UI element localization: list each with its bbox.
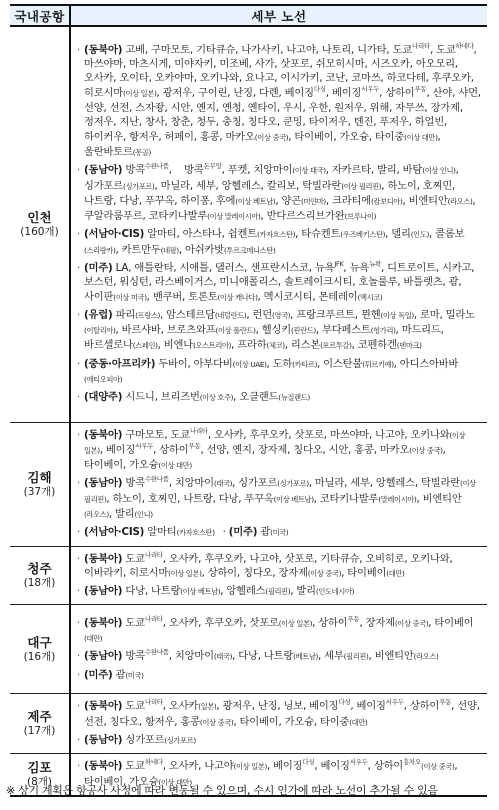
bullet-icon: · xyxy=(77,428,84,442)
region-route-list: ·(동남아) 방콕수완나품, 방콕돈무앙, 푸켓, 치앙마이(이상 태국), 자… xyxy=(77,163,483,224)
region-name: (동북아) xyxy=(84,553,122,565)
table-row-gimhae: 김해 (37개) ·(동북아) 구마모토, 도쿄나리타, 오사카, 후쿠오카, … xyxy=(10,422,487,546)
region-cities: 싱가포르(싱가포르) xyxy=(122,734,196,746)
airport-name: 대구 xyxy=(10,635,69,650)
table-body: 인천 (160개) ·(동북아) 고베, 구마모토, 기타큐슈, 나가사키, 나… xyxy=(10,26,487,796)
airport-name: 김해 xyxy=(10,470,69,485)
region-cities: 시드니, 브리즈번(이상 호주), 오클랜드(뉴질랜드) xyxy=(122,391,310,403)
region-cities: 고베, 구마모토, 기타큐슈, 나가사키, 나고야, 나토리, 니가타, 도쿄나… xyxy=(84,44,481,158)
region-name: (동남아) xyxy=(84,164,122,176)
region-route-list: ·(미주) LA, 애틀란타, 시애틀, 댈러스, 샌프란시스코, 뉴욕JFK,… xyxy=(77,261,483,305)
region-route-list: ·(미주) 괌(미국) xyxy=(77,668,483,683)
bullet-icon: · xyxy=(77,649,84,663)
region-name: (대양주) xyxy=(84,391,122,403)
region-route-list: ·(동북아) 고베, 구마모토, 기타큐슈, 나가사키, 나고야, 나토리, 니… xyxy=(77,43,483,160)
airport-name: 청주 xyxy=(10,561,69,576)
region-name: (동남아) xyxy=(84,477,122,489)
header-route-details: 세부 노선 xyxy=(70,5,487,26)
bullet-icon: · xyxy=(77,227,84,241)
region-cities: 구마모토, 도쿄나리타, 오사카, 후쿠오카, 삿포로, 마쓰야마, 나고야, … xyxy=(84,429,465,472)
table-row-daegu: 대구 (16개) ·(동북아) 도쿄나리타, 오사카, 후쿠오카, 삿포로(이상… xyxy=(10,605,487,694)
region-cities: 방콕수완나품, 치앙마이(태국), 다낭, 나트랑(베트남), 세부(필리핀),… xyxy=(122,650,438,662)
region-cities: 괌(미국) xyxy=(113,669,144,681)
region-cities: 방콕수완나품, 방콕돈무앙, 푸켓, 치앙마이(이상 태국), 자카르타, 발리… xyxy=(84,164,476,222)
bullet-icon: · xyxy=(77,699,84,713)
region-route-list: ·(서남아·CIS) 알마티(카자흐스탄)· (미주) 괌(미국) xyxy=(77,525,483,540)
footnote: ※ 상기 계획은 항공사 사정에 따라 변동될 수 있으며, 수시 인가에 따라… xyxy=(6,782,438,798)
region-name: (동북아) xyxy=(84,700,122,712)
route-count: (37개) xyxy=(10,485,69,499)
table-row-incheon: 인천 (160개) ·(동북아) 고베, 구마모토, 기타큐슈, 나가사키, 나… xyxy=(10,26,487,422)
airport-name: 김포 xyxy=(10,760,69,775)
region-route-list: ·(동남아) 방콕수완나품, 치앙마이(태국), 다낭, 나트랑(베트남), 세… xyxy=(77,649,483,664)
region-cities: 방콕수완나품, 치앙마이(태국), 싱가포르(싱가포르), 마닐라, 세부, 앙… xyxy=(84,477,476,520)
airport-cell: 청주 (18개) xyxy=(10,546,70,605)
region-name: (유럽) xyxy=(84,309,113,321)
region-name: (동북아) xyxy=(84,44,122,56)
airport-name: 제주 xyxy=(10,709,69,724)
route-count: (17개) xyxy=(10,724,69,738)
bullet-icon: · xyxy=(77,616,84,630)
header-domestic-airport: 국내공항 xyxy=(10,5,70,26)
bullet-icon: · xyxy=(77,759,84,773)
region-route-list: ·(동남아) 싱가포르(싱가포르) xyxy=(77,733,483,748)
region-name: (동남아) xyxy=(84,650,122,662)
region-cities: 도쿄나리타, 오사카, 후쿠오카, 삿포로(이상 일본), 상하이푸동, 장자제… xyxy=(84,617,473,644)
region-route-list: ·(동남아) 방콕수완나품, 치앙마이(태국), 싱가포르(싱가포르), 마닐라… xyxy=(77,476,483,522)
airport-name: 인천 xyxy=(10,210,69,225)
region-name: (서남아·CIS) xyxy=(84,526,144,538)
region-route-list: ·(동북아) 도쿄나리타, 오사카(일본), 광저우, 난징, 닝보, 베이징다… xyxy=(77,699,483,730)
bullet-icon: · xyxy=(77,357,84,371)
region-route-list: ·(대양주) 시드니, 브리즈번(이상 호주), 오클랜드(뉴질랜드) xyxy=(77,390,483,405)
region-name: (동남아) xyxy=(84,734,122,746)
airport-cell: 인천 (160개) xyxy=(10,26,70,422)
region-route-list: ·(동북아) 도쿄나리타, 오사카, 후쿠오카, 나고야, 삿포로, 기타큐슈,… xyxy=(77,552,483,582)
routes-cell: ·(동북아) 도쿄나리타, 오사카, 후쿠오카, 삿포로(이상 일본), 상하이… xyxy=(70,605,487,694)
airport-cell: 김해 (37개) xyxy=(10,422,70,546)
region-name: (미주) xyxy=(84,669,113,681)
region-name: (동북아) xyxy=(84,429,122,441)
region-cities: 도쿄나리타, 오사카, 후쿠오카, 나고야, 삿포로, 기타큐슈, 오비히로, … xyxy=(84,553,453,579)
bullet-icon: · xyxy=(77,261,84,275)
region-cities: LA, 애틀란타, 시애틀, 댈러스, 샌프란시스코, 뉴욕JFK, 뉴욕뉴왁,… xyxy=(84,262,474,303)
bullet-icon: · xyxy=(77,163,84,177)
region-name: (중동·아프리카) xyxy=(84,358,155,370)
region-route-list: ·(서남아·CIS) 알마티, 아스타나, 쉼켄트(카자흐스탄), 타슈켄트(우… xyxy=(77,227,483,258)
routes-cell: ·(동북아) 도쿄나리타, 오사카(일본), 광저우, 난징, 닝보, 베이징다… xyxy=(70,694,487,754)
routes-cell: ·(동북아) 고베, 구마모토, 기타큐슈, 나가사키, 나고야, 나토리, 니… xyxy=(70,26,487,422)
region-name: (동북아) xyxy=(84,760,122,772)
airport-cell: 제주 (17개) xyxy=(10,694,70,754)
route-count: (16개) xyxy=(10,650,69,664)
bullet-icon: · xyxy=(77,733,84,747)
region-route-list: ·(동북아) 구마모토, 도쿄나리타, 오사카, 후쿠오카, 삿포로, 마쓰야마… xyxy=(77,428,483,474)
region-name: (동남아) xyxy=(84,585,122,597)
region-cities: 알마티(카자흐스탄)· (미주) 괌(미국) xyxy=(144,526,288,538)
route-count: (18개) xyxy=(10,576,69,590)
route-count: (160개) xyxy=(10,225,69,239)
region-name: (동북아) xyxy=(84,617,122,629)
bullet-icon: · xyxy=(77,390,84,404)
airport-cell: 대구 (16개) xyxy=(10,605,70,694)
bullet-icon: · xyxy=(77,43,84,57)
table-row-cheongju: 청주 (18개) ·(동북아) 도쿄나리타, 오사카, 후쿠오카, 나고야, 삿… xyxy=(10,546,487,605)
region-route-list: ·(동남아) 다낭, 나트랑(이상 베트남), 앙헬레스(필리핀), 발리(인도… xyxy=(77,584,483,599)
routes-cell: ·(동북아) 도쿄나리타, 오사카, 후쿠오카, 나고야, 삿포로, 기타큐슈,… xyxy=(70,546,487,605)
region-name: (미주) xyxy=(84,262,113,274)
international-routes-table: 국내공항 세부 노선 인천 (160개) ·(동북아) 고베, 구마모토, 기타… xyxy=(10,4,487,797)
bullet-icon: · xyxy=(77,308,84,322)
region-route-list: ·(유럽) 파리(프랑스), 암스테르담(네덜란드), 런던(영국), 프랑크푸… xyxy=(77,308,483,354)
region-cities: 파리(프랑스), 암스테르담(네덜란드), 런던(영국), 프랑크푸르트, 뮌헨… xyxy=(84,309,475,352)
bullet-icon: · xyxy=(77,552,84,566)
routes-cell: ·(동북아) 구마모토, 도쿄나리타, 오사카, 후쿠오카, 삿포로, 마쓰야마… xyxy=(70,422,487,546)
bullet-icon: · xyxy=(77,525,84,539)
region-route-list: ·(중동·아프리카) 두바이, 아부다비(이상 UAE), 도하(카타르), 이… xyxy=(77,357,483,388)
bullet-icon: · xyxy=(77,668,84,682)
bullet-icon: · xyxy=(77,584,84,598)
table-row-jeju: 제주 (17개) ·(동북아) 도쿄나리타, 오사카(일본), 광저우, 난징,… xyxy=(10,694,487,754)
region-name: (서남아·CIS) xyxy=(84,228,144,240)
table-header-row: 국내공항 세부 노선 xyxy=(10,5,487,26)
region-cities: 도쿄나리타, 오사카(일본), 광저우, 난징, 닝보, 베이징다싱, 베이징서… xyxy=(84,700,480,727)
region-route-list: ·(동북아) 도쿄나리타, 오사카, 후쿠오카, 삿포로(이상 일본), 상하이… xyxy=(77,616,483,647)
region-cities: 다낭, 나트랑(이상 베트남), 앙헬레스(필리핀), 발리(인도네시아) xyxy=(122,585,354,597)
bullet-icon: · xyxy=(77,476,84,490)
